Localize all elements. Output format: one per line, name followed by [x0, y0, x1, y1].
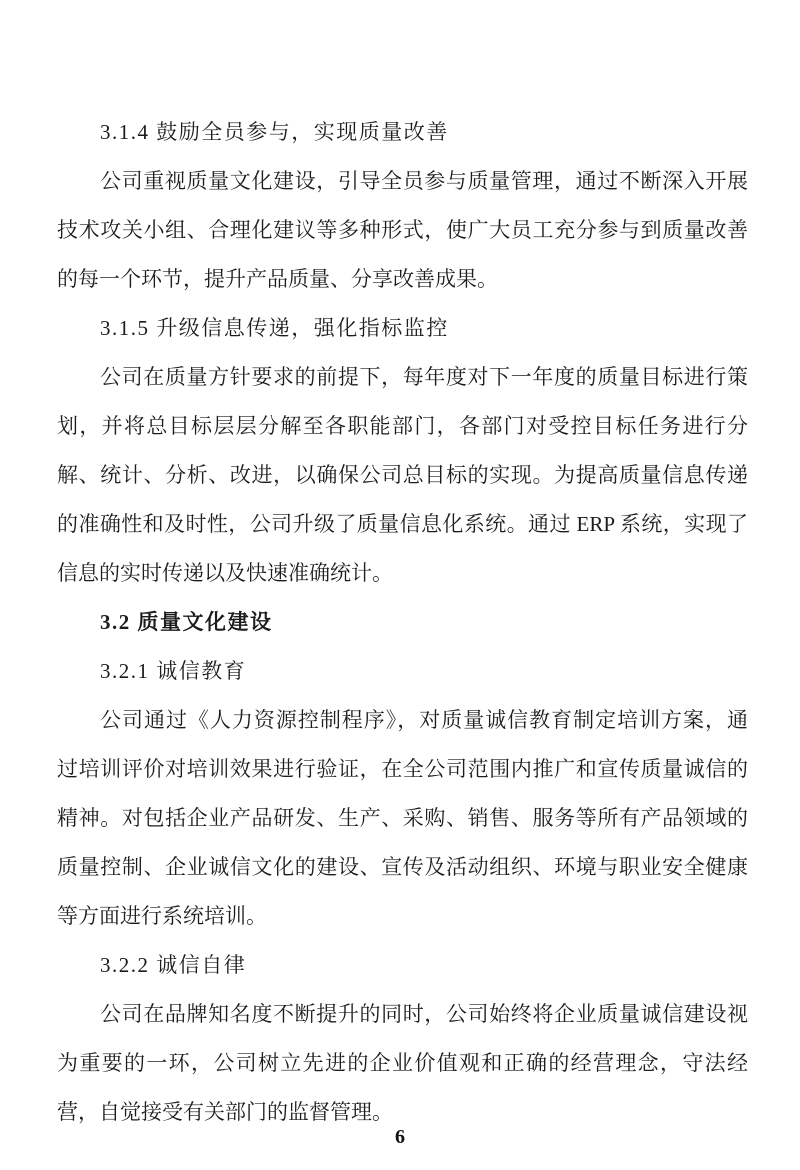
paragraph-line: 的准确性和及时性，公司升级了质量信息化系统。通过 ERP 系统，实现了: [57, 500, 748, 549]
document-body: 3.1.4 鼓励全员参与，实现质量改善 公司重视质量文化建设，引导全员参与质量管…: [57, 108, 748, 1137]
heading-3-1-5: 3.1.5 升级信息传递，强化指标监控: [57, 304, 748, 353]
paragraph-line: 等方面进行系统培训。: [57, 892, 748, 941]
paragraph-line: 技术攻关小组、合理化建议等多种形式，使广大员工充分参与到质量改善: [57, 206, 748, 255]
paragraph-line: 解、统计、分析、改进，以确保公司总目标的实现。为提高质量信息传递: [57, 451, 748, 500]
paragraph-line: 的每一个环节，提升产品质量、分享改善成果。: [57, 255, 748, 304]
paragraph-line: 为重要的一环，公司树立先进的企业价值观和正确的经营理念，守法经: [57, 1039, 748, 1088]
document-page: 3.1.4 鼓励全员参与，实现质量改善 公司重视质量文化建设，引导全员参与质量管…: [0, 0, 800, 1170]
paragraph-line: 质量控制、企业诚信文化的建设、宣传及活动组织、环境与职业安全健康: [57, 843, 748, 892]
heading-3-1-4: 3.1.4 鼓励全员参与，实现质量改善: [57, 108, 748, 157]
heading-3-2: 3.2 质量文化建设: [57, 598, 748, 647]
paragraph-line: 过培训评价对培训效果进行验证，在全公司范围内推广和宣传质量诚信的: [57, 745, 748, 794]
paragraph-line: 精神。对包括企业产品研发、生产、采购、销售、服务等所有产品领域的: [57, 794, 748, 843]
paragraph-line: 公司重视质量文化建设，引导全员参与质量管理，通过不断深入开展: [57, 157, 748, 206]
heading-3-2-1: 3.2.1 诚信教育: [57, 647, 748, 696]
page-number: 6: [0, 1124, 800, 1150]
paragraph-line: 划，并将总目标层层分解至各职能部门，各部门对受控目标任务进行分: [57, 402, 748, 451]
paragraph-line: 公司通过《人力资源控制程序》，对质量诚信教育制定培训方案，通: [57, 696, 748, 745]
paragraph-line: 信息的实时传递以及快速准确统计。: [57, 549, 748, 598]
paragraph-line: 公司在质量方针要求的前提下，每年度对下一年度的质量目标进行策: [57, 353, 748, 402]
paragraph-line: 公司在品牌知名度不断提升的同时，公司始终将企业质量诚信建设视: [57, 990, 748, 1039]
heading-3-2-2: 3.2.2 诚信自律: [57, 941, 748, 990]
